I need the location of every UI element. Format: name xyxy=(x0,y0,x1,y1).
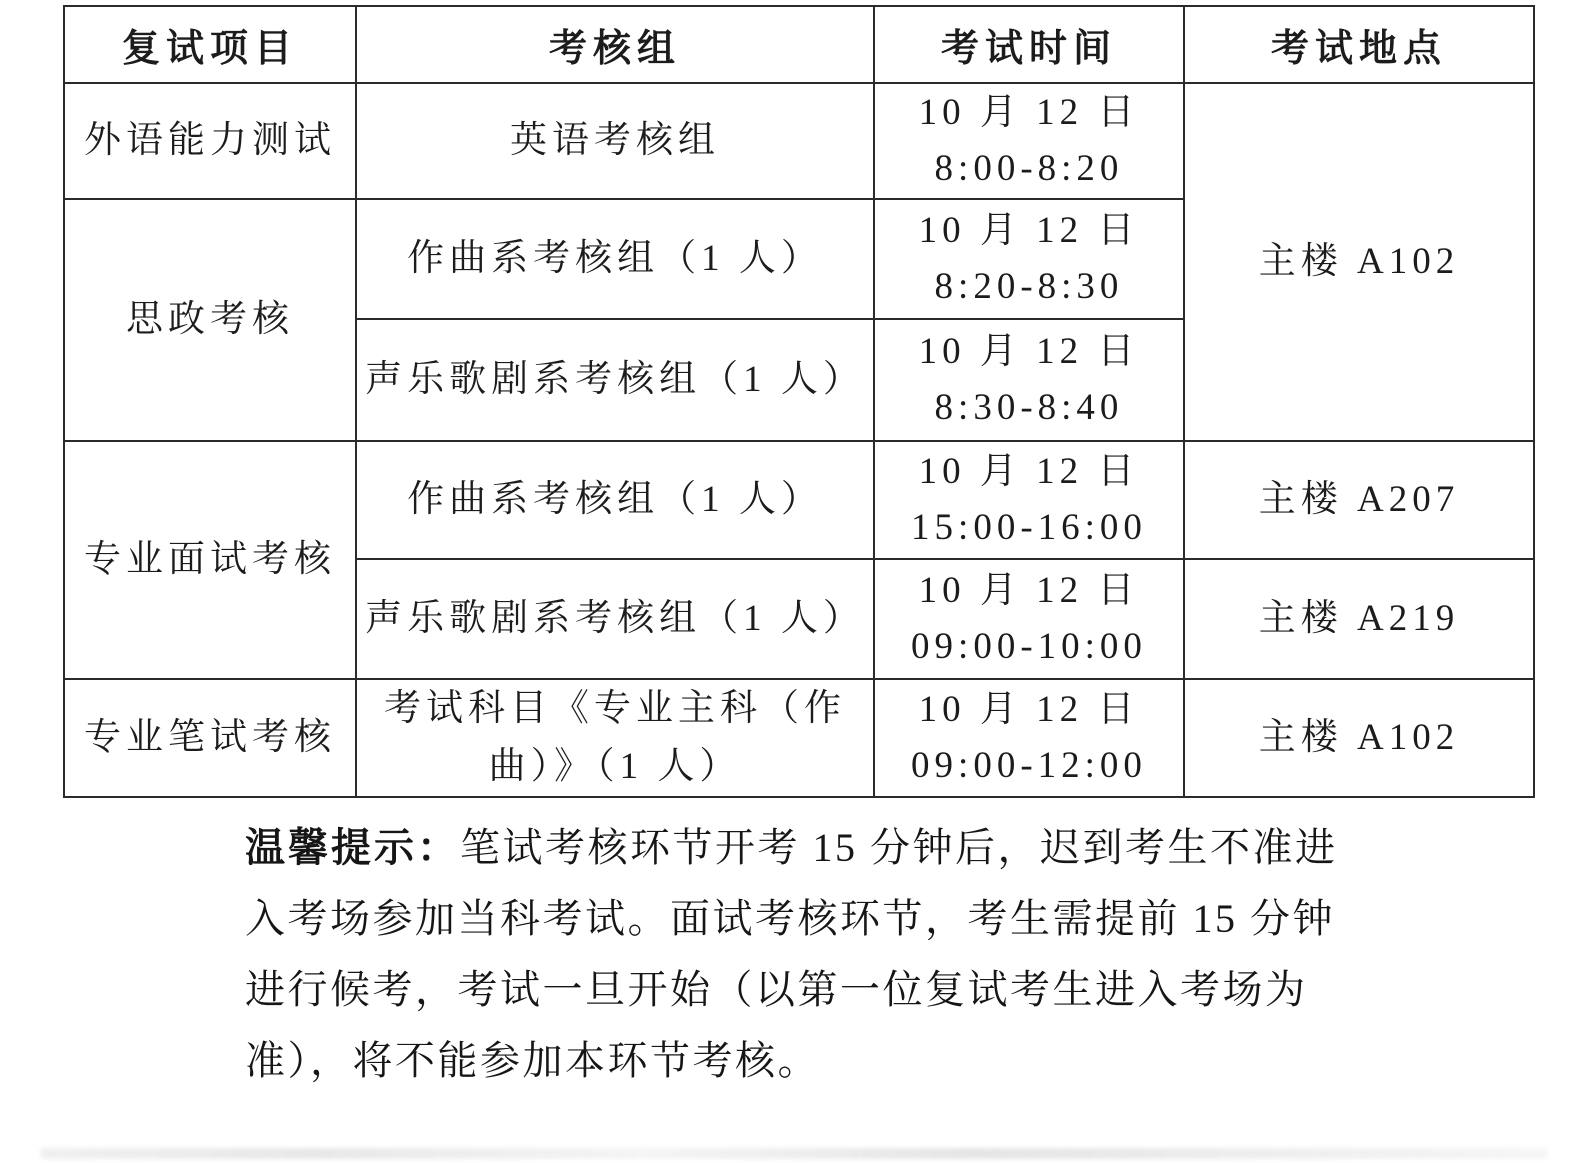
cell-assessment-group: 声乐歌剧系考核组（1 人） xyxy=(356,559,874,679)
cell-assessment-group: 声乐歌剧系考核组（1 人） xyxy=(356,319,874,441)
exam-time: 8:20-8:30 xyxy=(883,259,1175,315)
header-retest-item: 复试项目 xyxy=(64,6,356,83)
cell-exam-item: 专业面试考核 xyxy=(64,441,356,679)
exam-time: 15:00-16:00 xyxy=(883,500,1175,556)
exam-date: 10 月 12 日 xyxy=(883,85,1175,141)
cell-exam-time: 10 月 12 日 09:00-10:00 xyxy=(874,559,1184,679)
cell-exam-time: 10 月 12 日 8:00-8:20 xyxy=(874,83,1184,199)
reminder-note: 温馨提示：笔试考核环节开考 15 分钟后，迟到考生不准进 入考场参加当科考试。面… xyxy=(245,812,1350,1096)
cell-exam-time: 10 月 12 日 8:20-8:30 xyxy=(874,199,1184,319)
cell-exam-location: 主楼 A219 xyxy=(1184,559,1534,679)
header-exam-location: 考试地点 xyxy=(1184,6,1534,83)
cell-exam-time: 10 月 12 日 15:00-16:00 xyxy=(874,441,1184,559)
header-exam-time: 考试时间 xyxy=(874,6,1184,83)
retest-schedule-table: 复试项目 考核组 考试时间 考试地点 外语能力测试 英语考核组 10 月 12 … xyxy=(63,5,1535,798)
note-line-1: 温馨提示：笔试考核环节开考 15 分钟后，迟到考生不准进 xyxy=(245,812,1350,883)
table-row: 专业笔试考核 考试科目《专业主科（作曲）》（1 人） 10 月 12 日 09:… xyxy=(64,679,1534,797)
exam-date: 10 月 12 日 xyxy=(883,203,1175,259)
cell-exam-location: 主楼 A102 xyxy=(1184,679,1534,797)
cell-exam-time: 10 月 12 日 09:00-12:00 xyxy=(874,679,1184,797)
cell-exam-location: 主楼 A102 xyxy=(1184,83,1534,441)
exam-date: 10 月 12 日 xyxy=(883,563,1175,619)
exam-date: 10 月 12 日 xyxy=(883,682,1175,738)
table-header-row: 复试项目 考核组 考试时间 考试地点 xyxy=(64,6,1534,83)
note-line-2: 入考场参加当科考试。面试考核环节，考生需提前 15 分钟 xyxy=(245,883,1350,954)
exam-time: 09:00-12:00 xyxy=(883,738,1175,794)
exam-schedule-table: 复试项目 考核组 考试时间 考试地点 外语能力测试 英语考核组 10 月 12 … xyxy=(63,5,1533,798)
cell-exam-location: 主楼 A207 xyxy=(1184,441,1534,559)
header-assessment-group: 考核组 xyxy=(356,6,874,83)
note-text: 笔试考核环节开考 15 分钟后，迟到考生不准进 xyxy=(460,825,1338,870)
cell-assessment-group: 作曲系考核组（1 人） xyxy=(356,441,874,559)
note-line-4: 准），将不能参加本环节考核。 xyxy=(245,1025,1350,1096)
exam-date: 10 月 12 日 xyxy=(883,324,1175,380)
cell-assessment-group: 考试科目《专业主科（作曲）》（1 人） xyxy=(356,679,874,797)
cell-exam-item: 思政考核 xyxy=(64,199,356,441)
note-label: 温馨提示： xyxy=(245,825,460,870)
cell-assessment-group: 作曲系考核组（1 人） xyxy=(356,199,874,319)
cell-assessment-group: 英语考核组 xyxy=(356,83,874,199)
exam-time: 09:00-10:00 xyxy=(883,619,1175,675)
cell-exam-time: 10 月 12 日 8:30-8:40 xyxy=(874,319,1184,441)
document-page: 复试项目 考核组 考试时间 考试地点 外语能力测试 英语考核组 10 月 12 … xyxy=(0,0,1588,1163)
table-row: 专业面试考核 作曲系考核组（1 人） 10 月 12 日 15:00-16:00… xyxy=(64,441,1534,559)
exam-date: 10 月 12 日 xyxy=(883,444,1175,500)
cell-exam-item: 外语能力测试 xyxy=(64,83,356,199)
exam-time: 8:30-8:40 xyxy=(883,380,1175,436)
table-row: 外语能力测试 英语考核组 10 月 12 日 8:00-8:20 主楼 A102 xyxy=(64,83,1534,199)
exam-time: 8:00-8:20 xyxy=(883,141,1175,197)
note-line-3: 进行候考，考试一旦开始（以第一位复试考生进入考场为 xyxy=(245,954,1350,1025)
scan-artifact-strip xyxy=(40,1148,1548,1159)
cell-exam-item: 专业笔试考核 xyxy=(64,679,356,797)
